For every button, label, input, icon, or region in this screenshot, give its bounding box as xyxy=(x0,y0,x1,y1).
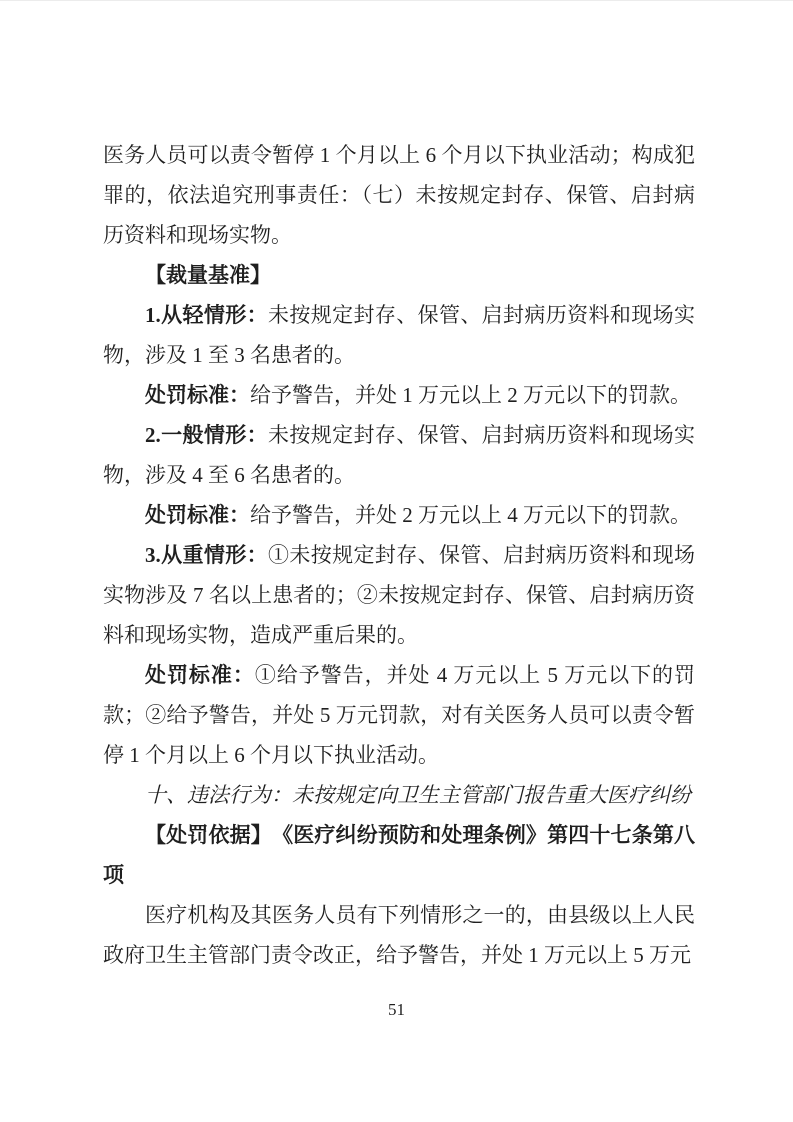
para-general-circumstance: 2.一般情形：未按规定封存、保管、启封病历资料和现场实物，涉及 4 至 6 名患… xyxy=(103,415,695,495)
para-carryover-text: 医务人员可以责令暂停 1 个月以上 6 个月以下执业活动；构成犯罪的，依法追究刑… xyxy=(103,135,695,255)
run-lead: 十、违法行为： xyxy=(145,783,292,807)
para-penalty-standard-aggravating: 处罚标准：①给予警告，并处 4 万元以上 5 万元以下的罚款；②给予警告，并处 … xyxy=(103,655,695,775)
run-lead: 处罚标准： xyxy=(145,383,250,407)
para-aggravating-circumstance: 3.从重情形：①未按规定封存、保管、启封病历资料和现场实物涉及 7 名以上患者的… xyxy=(103,535,695,655)
para-penalty-standard-general: 处罚标准：给予警告，并处 2 万元以上 4 万元以下的罚款。 xyxy=(103,495,695,535)
para-penalty-basis: 【处罚依据】 《医疗纠纷预防和处理条例》第四十七条第八项 xyxy=(103,815,695,895)
para-mitigating-circumstance: 1.从轻情形：未按规定封存、保管、启封病历资料和现场实物，涉及 1 至 3 名患… xyxy=(103,295,695,375)
run-body: 未按规定向卫生主管部门报告重大医疗纠纷 xyxy=(292,783,691,807)
run-lead: 3.从重情形： xyxy=(145,543,268,567)
run-lead: 处罚标准： xyxy=(145,503,250,527)
para-penalty-standard-mitigating: 处罚标准：给予警告，并处 1 万元以上 2 万元以下的罚款。 xyxy=(103,375,695,415)
text-block: 医务人员可以责令暂停 1 个月以上 6 个月以下执业活动；构成犯罪的，依法追究刑… xyxy=(103,135,695,975)
run-lead: 【处罚依据】 xyxy=(145,823,261,847)
run-body: 医务人员可以责令暂停 1 个月以上 6 个月以下执业活动；构成犯罪的，依法追究刑… xyxy=(103,143,695,247)
page-number: 51 xyxy=(0,999,793,1021)
run-body: 给予警告，并处 2 万元以上 4 万元以下的罚款。 xyxy=(250,503,691,527)
run-lead: 1.从轻情形： xyxy=(145,303,268,327)
document-page: 医务人员可以责令暂停 1 个月以上 6 个月以下执业活动；构成犯罪的，依法追究刑… xyxy=(0,0,793,1122)
run-lead: 处罚标准： xyxy=(145,663,255,687)
run-lead: 【裁量基准】 xyxy=(145,263,271,287)
para-violation-act-10: 十、违法行为：未按规定向卫生主管部门报告重大医疗纠纷 xyxy=(103,775,695,815)
run-lead: 2.一般情形： xyxy=(145,423,268,447)
run-body: 医疗机构及其医务人员有下列情形之一的，由县级以上人民政府卫生主管部门责令改正，给… xyxy=(103,903,695,967)
run-body: 给予警告，并处 1 万元以上 2 万元以下的罚款。 xyxy=(250,383,691,407)
heading-discretion-benchmark: 【裁量基准】 xyxy=(103,255,695,295)
para-statute-excerpt: 医疗机构及其医务人员有下列情形之一的，由县级以上人民政府卫生主管部门责令改正，给… xyxy=(103,895,695,975)
